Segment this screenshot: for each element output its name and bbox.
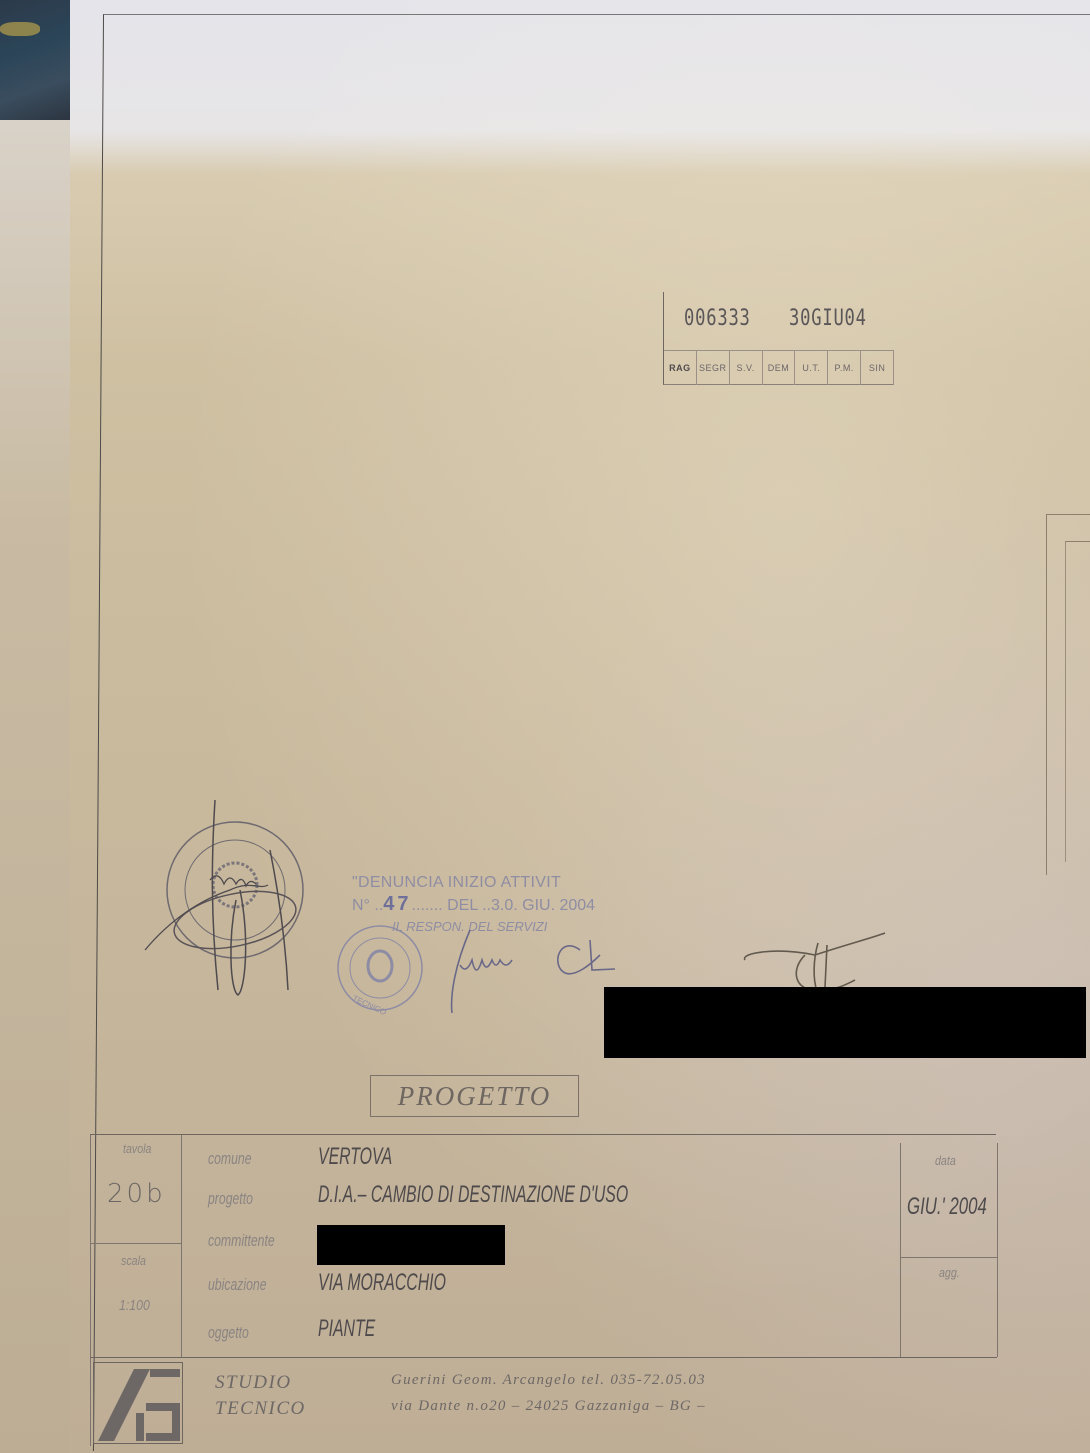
technician-signature-icon <box>735 925 895 995</box>
ufficio-tecnico-seal-icon: TECNICO <box>330 920 440 1015</box>
data-label: data <box>935 1153 956 1168</box>
routing-cell: S.V. <box>730 351 763 385</box>
routing-cell: SIN <box>861 351 894 385</box>
redacted-committente <box>317 1225 505 1265</box>
geometra-seal-icon <box>140 790 320 1000</box>
routing-cell: RAG <box>664 351 697 385</box>
oggetto-value: PIANTE <box>318 1315 375 1343</box>
comune-value: VERTOVA <box>318 1143 392 1171</box>
ubicazione-label: ubicazione <box>208 1275 267 1295</box>
dia-number: 47 <box>383 893 411 915</box>
background-photo <box>0 0 72 120</box>
title-block: tavola 20b scala 1:100 comune VERTOVA pr… <box>90 1134 996 1445</box>
dia-stamp-heading: "DENUNCIA INIZIO ATTIVIT <box>352 874 595 892</box>
protocol-number: 006333 <box>684 306 751 331</box>
scala-label: scala <box>121 1253 146 1268</box>
oggetto-label: oggetto <box>208 1323 249 1343</box>
dia-number-prefix: N° <box>352 897 370 914</box>
dia-date-prefix: DEL <box>447 897 478 914</box>
adjacent-drawing-edge <box>1046 514 1090 875</box>
protocol-routing-cells: RAG SEGR S.V. DEM U.T. P.M. SIN <box>664 350 894 385</box>
data-value: GIU.' 2004 <box>907 1193 987 1221</box>
progetto-label: PROGETTO <box>398 1081 552 1112</box>
committente-label: committente <box>208 1231 275 1251</box>
comune-label: comune <box>208 1149 252 1169</box>
dia-date: 3.0. GIU. 2004 <box>491 897 595 914</box>
routing-cell: DEM <box>763 351 796 385</box>
ubicazione-value: VIA MORACCHIO <box>318 1269 446 1297</box>
redacted-name-block <box>604 987 1086 1058</box>
agg-label: agg. <box>939 1265 960 1280</box>
routing-cell: P.M. <box>828 351 861 385</box>
routing-cell: SEGR <box>697 351 730 385</box>
column-divider <box>91 1243 181 1244</box>
protocol-stamp: 006333 30GIU04 RAG SEGR S.V. DEM U.T. P.… <box>663 292 894 385</box>
data-column: data GIU.' 2004 agg. <box>900 1143 998 1357</box>
address-line-2: via Dante n.o20 – 24025 Gazzaniga – BG – <box>391 1398 706 1415</box>
ag-logo-icon <box>93 1362 183 1444</box>
scala-value: 1:100 <box>119 1297 150 1314</box>
tavola-value: 20b <box>107 1179 166 1209</box>
progetto-field-value: D.I.A.– CAMBIO DI DESTINAZIONE D'USO <box>318 1181 628 1209</box>
responsible-signature-icon <box>440 925 630 1015</box>
svg-text:TECNICO: TECNICO <box>351 994 387 1015</box>
tavola-label: tavola <box>123 1141 151 1156</box>
address-line-1: Guerini Geom. Arcangelo tel. 035-72.05.0… <box>391 1372 706 1389</box>
progetto-stamp: PROGETTO <box>370 1075 579 1117</box>
tavola-scala-column: tavola 20b scala 1:100 <box>90 1135 182 1357</box>
studio-line-1: STUDIO <box>215 1372 292 1394</box>
studio-row: STUDIO TECNICO Guerini Geom. Arcangelo t… <box>90 1357 997 1446</box>
dia-stamp-number-line: N° ..47....... DEL ..3.0. GIU. 2004 <box>352 893 595 916</box>
studio-line-2: TECNICO <box>215 1398 306 1420</box>
column-divider <box>901 1257 997 1258</box>
routing-cell: U.T. <box>795 351 828 385</box>
progetto-field-label: progetto <box>208 1189 253 1209</box>
protocol-date: 30GIU04 <box>789 306 867 331</box>
